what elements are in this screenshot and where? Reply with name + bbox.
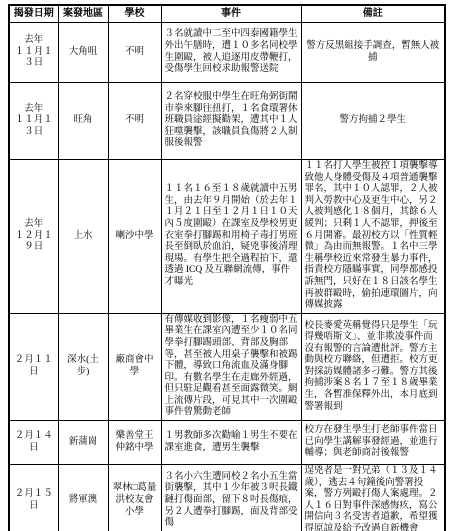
cell-event: ３名小六生遭同校２名小五生當街襲擊，其中１少年被３呎長鐵鏈打傷面部，留下８吋長傷… <box>161 465 301 531</box>
table-row: 去年 １１月１３日 旺角 不明 ２名穿校服中學生在旺角弼街鬧市拳來腳往扭打，１名… <box>9 83 445 160</box>
cell-date: 去年 １１月１３日 <box>9 23 58 83</box>
col-header-remarks: 備註 <box>301 5 445 23</box>
cell-event: ３名就讀中二至中四泰國籍學生外出午膳時，遭１０多名同校學生圍毆，被人追逐用皮帶鞭… <box>161 23 301 83</box>
cell-date: ２月１５日 <box>9 465 58 531</box>
cell-event: １１名１６至１８歲就讀中五男生，由去年９月開始（於去年１１月２１日至１２月１日１… <box>161 160 301 314</box>
cell-area: 旺角 <box>58 83 108 160</box>
cell-date: ２月１４日 <box>9 421 58 465</box>
cell-event: 有傳媒收到影像，１名瘦弱中五畢業生在課室內遭至少１０名同學拳打腳踢頭部、背部及胸… <box>161 313 301 420</box>
cell-remarks: 警方反黑組接手調查，暫無人被捕 <box>301 23 445 83</box>
table-header: 揭發日期 案發地區 學校 事件 備註 <box>9 5 445 23</box>
cell-remarks: 警方拘捕２學生 <box>301 83 445 160</box>
cell-school: 不明 <box>108 83 161 160</box>
cell-area: 新蒲崗 <box>58 421 108 465</box>
table-row: 去年 １１月１３日 大角咀 不明 ３名就讀中二至中四泰國籍學生外出午膳時，遭１０… <box>9 23 445 83</box>
cell-area: 深水(土步) <box>58 313 108 420</box>
cell-remarks: 校方在發生學生打老師事件當日已向學生講解事發經過，並進行輔導；與老師商討後報警 <box>301 421 445 465</box>
cell-remarks: 校長麥愛英稱覺得只是學生「玩得幾唔斯文」、並非欺凌事件而沒有報警的言論遭批評。警… <box>301 313 445 420</box>
table-row: 去年 １２月１９日 上水 喇沙中學 １１名１６至１８歲就讀中五男生，由去年９月開… <box>9 160 445 314</box>
header-row: 揭發日期 案發地區 學校 事件 備註 <box>9 5 445 23</box>
cell-school: 喇沙中學 <box>108 160 161 314</box>
table-body: 去年 １１月１３日 大角咀 不明 ３名就讀中二至中四泰國籍學生外出午膳時，遭１０… <box>9 23 445 531</box>
cell-area: 上水 <box>58 160 108 314</box>
cell-remarks: １１名打人學生被控１項襲擊導致他人身體受傷及４項普通襲擊罪名，其中１０人認罪，２… <box>301 160 445 314</box>
cell-remarks: 逞兇者是一對兄弟（１３及１４歲），逃去４句鐘後向警署投案，警方列毆打傷人案處理。… <box>301 465 445 531</box>
cell-school: 不明 <box>108 23 161 83</box>
cell-event: ２名穿校服中學生在旺角弼街鬧市拳來腳往扭打，１名食環署休班職員途經擬勸架，遭其中… <box>161 83 301 160</box>
incident-table: 揭發日期 案發地區 學校 事件 備註 去年 １１月１３日 大角咀 不明 ３名就讀… <box>8 4 446 531</box>
cell-school: 翠林□葛量洪校友會小學 <box>108 465 161 531</box>
col-header-school: 學校 <box>108 5 161 23</box>
cell-date: 去年 １１月１３日 <box>9 83 58 160</box>
cell-date: ２月１１日 <box>9 313 58 420</box>
cell-date: 去年 １２月１９日 <box>9 160 58 314</box>
table-row: ２月１５日 將軍澳 翠林□葛量洪校友會小學 ３名小六生遭同校２名小五生當街襲擊，… <box>9 465 445 531</box>
cell-area: 將軍澳 <box>58 465 108 531</box>
table-row: ２月１１日 深水(土步) 廠商會中學 有傳媒收到影像，１名瘦弱中五畢業生在課室內… <box>9 313 445 420</box>
col-header-date: 揭發日期 <box>9 5 58 23</box>
col-header-event: 事件 <box>161 5 301 23</box>
cell-school: 廠商會中學 <box>108 313 161 420</box>
cell-event: １男教師多次勸喻１男生不要在課室進食，遭男生襲擊 <box>161 421 301 465</box>
cell-school: 樂善堂王仲銘中學 <box>108 421 161 465</box>
col-header-area: 案發地區 <box>58 5 108 23</box>
table-row: ２月１４日 新蒲崗 樂善堂王仲銘中學 １男教師多次勸喻１男生不要在課室進食，遭男… <box>9 421 445 465</box>
cell-area: 大角咀 <box>58 23 108 83</box>
